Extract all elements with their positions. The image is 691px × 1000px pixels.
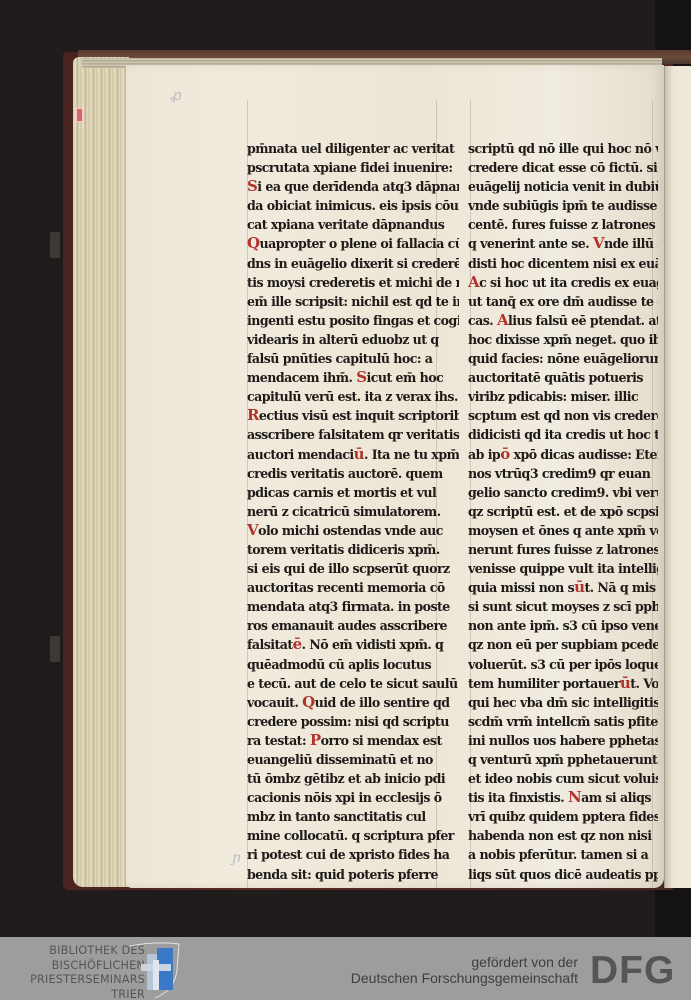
manuscript-line: liqs sūt quos dicē audeatis pphe [468, 865, 658, 884]
rubricated-initial: A [468, 273, 479, 291]
manuscript-line: mendacem ihm̄. Sicut em̄ hoc [247, 368, 459, 387]
rubricated-initial: ū [620, 674, 630, 692]
manuscript-line: Volo michi ostendas vnde auc [247, 521, 459, 540]
manuscript-line: auctori mendaciū. Ita ne tu xpm̄ [247, 445, 459, 464]
manuscript-line: si sunt sicut moyses z scī pphete [468, 597, 658, 616]
manuscript-line: vrī quibz quidem pptera fides [468, 807, 658, 826]
rubricated-initial: ē [293, 635, 302, 653]
manuscript-line: scptum est qd non vis credere. vbi [468, 406, 658, 425]
manuscript-line: centē. fures fuisse z latrones oēs [468, 215, 658, 234]
manuscript-viewer: ꝓ ɲ pm̄nata uel diligenter ac veritatpsc… [0, 0, 691, 937]
manuscript-line: q venerint ante se. Vnde illū au [468, 234, 658, 253]
manuscript-line: da obiciat inimicus. eis ipsis cōui [247, 196, 459, 215]
manuscript-line: cat xpiana veritate dāpnandus [247, 215, 459, 234]
manuscript-line: vnde subiūgis ipm̄ te audisse di [468, 196, 658, 215]
manuscript-line: asscribere falsitatem qr veritatis [247, 425, 459, 444]
manuscript-line: Ac si hoc ut ita credis ex euaglio [468, 273, 658, 292]
manuscript-line: tem humiliter portauerūt. Vos at [468, 674, 658, 693]
page-block-fore-edge [73, 57, 129, 887]
manuscript-line: ri potest cui de xpristo fides ha [247, 845, 459, 864]
manuscript-line: a nobis pferūtur. tamen si a [468, 845, 658, 864]
manuscript-line: qui hec vba dm̄ sic intelligitis [468, 693, 658, 712]
manuscript-line: cacionis nōis xpi in ecclesijs ō [247, 788, 459, 807]
manuscript-line: pm̄nata uel diligenter ac veritat [247, 139, 459, 158]
text-column-left: pm̄nata uel diligenter ac veritatpscruta… [247, 139, 459, 884]
manuscript-line: si eis qui de illo scpserūt quorz [247, 559, 459, 578]
manuscript-line: q venturū xpm̄ pphetauerunt [468, 750, 658, 769]
manuscript-line: torem veritatis didiceris xpm̄. [247, 540, 459, 559]
manuscript-line: Rectius visū est inquit scriptoribus [247, 406, 459, 425]
manuscript-line: auctoritatē quātis potueris [468, 368, 658, 387]
rubricated-initial: R [247, 406, 259, 424]
rubricated-initial: ū [354, 445, 364, 463]
manuscript-line: nos vtrūq3 credim9 qr euan [468, 464, 658, 483]
manuscript-line: qz non eū per supbiam pcedere [468, 635, 658, 654]
rubricated-initial: Q [302, 693, 315, 711]
manuscript-line: credis veritatis auctorē. quem [247, 464, 459, 483]
seminary-cross-logo-icon[interactable] [127, 940, 193, 1000]
pencil-quire-mark: ɲ [232, 850, 241, 866]
manuscript-line: mbz in tanto sanctitatis cul [247, 807, 459, 826]
manuscript-line: nerū z cicatricū simulatorem. [247, 502, 459, 521]
manuscript-line: vocauit. Quid de illo sentire qd [247, 693, 459, 712]
manuscript-line: em̄ ille scripsit: nichil est qd te in [247, 292, 459, 311]
manuscript-line: voluerūt. s3 cū per ipōs loque [468, 655, 658, 674]
manuscript-line: cas. Alius falsū eē ptendat. atq3 [468, 311, 658, 330]
manuscript-line: pscrutata xpiane fidei inuenire: [247, 158, 459, 177]
manuscript-line: mendata atq3 firmata. in poste [247, 597, 459, 616]
manuscript-line: venisse quippe vult ita intellig [468, 559, 658, 578]
rubricated-initial: S [247, 177, 257, 195]
manuscript-line: euāgelij noticia venit in dubiū: [468, 177, 658, 196]
manuscript-line: dns in euāgelio dixerit si crederē [247, 254, 459, 273]
rubricated-initial: V [247, 521, 258, 539]
funding-notice: gefördert von der Deutschen Forschungsge… [300, 954, 578, 986]
manuscript-line: ra testat: Porro si mendax est [247, 731, 459, 750]
funding-line-1: gefördert von der [300, 954, 578, 970]
manuscript-line: habenda non est qz non nisi [468, 826, 658, 845]
manuscript-line: videaris in alterū eduobz ut q [247, 330, 459, 349]
manuscript-line: scriptū qd nō ille qui hoc nō vult [468, 139, 658, 158]
rubricated-initial: P [310, 731, 321, 749]
manuscript-line: Si ea que derīdenda atq3 dāpnan [247, 177, 459, 196]
manuscript-line: ab ipō xpō dicas audisse: Etenī [468, 445, 658, 464]
manuscript-line: quēadmodū cū aplis locutus [247, 655, 459, 674]
manuscript-line: ini nullos uos habere pphetas [468, 731, 658, 750]
manuscript-line: moysen et ōnes q ante xpm̄ ve [468, 521, 658, 540]
manuscript-line: credere possim: nisi qd scriptu [247, 712, 459, 731]
manuscript-line: mine collocatū. q scriptura pfer [247, 826, 459, 845]
manuscript-line: quid facies: nōne euāgeliorum [468, 349, 658, 368]
manuscript-line: disti hoc dicentem nisi ex euāglio: [468, 254, 658, 273]
manuscript-line: tis ita finxistis. Nam si aliqs [468, 788, 658, 807]
manuscript-line: tū ōmbz gētibz et ab inicio pdi [247, 769, 459, 788]
bookmark-tab [76, 108, 83, 122]
manuscript-line: tis moysi crederetis et michi de me [247, 273, 459, 292]
rubricated-initial: S [356, 368, 366, 386]
manuscript-line: pdicas carnis et mortis et vul [247, 483, 459, 502]
clasp-upper [50, 232, 60, 258]
pencil-folio-mark: ꝓ [170, 88, 181, 104]
manuscript-line: didicisti qd ita credis ut hoc te [468, 425, 658, 444]
rubricated-initial: N [568, 788, 581, 806]
manuscript-line: benda sit: quid poteris pferre [247, 865, 459, 884]
manuscript-line: qz scriptū est. et de xpō scpsisse [468, 502, 658, 521]
manuscript-line: ingenti estu posito fingas et cogi [247, 311, 459, 330]
rubricated-initial: V [593, 234, 604, 252]
manuscript-line: falsū pnūties capitulū hoc: a [247, 349, 459, 368]
rubricated-initial: ū [574, 578, 584, 596]
manuscript-line: auctoritas recenti memoria cō [247, 578, 459, 597]
manuscript-line: euangeliū disseminatū et no [247, 750, 459, 769]
manuscript-line: quia missi non sūt. Nā q mis [468, 578, 658, 597]
footer-bar: BIBLIOTHEK DES BISCHÖFLICHEN PRIESTERSEM… [0, 937, 691, 1000]
manuscript-line: non ante ipm̄. s3 cū ipso venerūt. [468, 616, 658, 635]
manuscript-line: gelio sancto credim9. vbi verū [468, 483, 658, 502]
manuscript-line: ros emanauit audes asscribere [247, 616, 459, 635]
rubricated-initial: Q [247, 234, 260, 252]
rubricated-initial: ō [500, 445, 509, 463]
manuscript-line: Quapropter o plene oi fallacia cū [247, 234, 459, 253]
facing-page-edge [664, 66, 691, 888]
clasp-lower [50, 636, 60, 662]
manuscript-line: nerunt fures fuisse z latrones. [468, 540, 658, 559]
manuscript-line: hoc dixisse xpm̄ neget. quo ibis [468, 330, 658, 349]
dfg-logo[interactable]: DFG [590, 955, 675, 987]
manuscript-line: e tecū. aut de celo te sicut saulū [247, 674, 459, 693]
manuscript-line: scdm̄ vrm̄ intellcm̄ satis pfitem [468, 712, 658, 731]
manuscript-line: credere dicat esse cō fictū. si tāta [468, 158, 658, 177]
manuscript-line: falsitatē. Nō em̄ vidisti xpm̄. q [247, 635, 459, 654]
manuscript-line: ut tanq̄ ex ore dm̄ audisse te di [468, 292, 658, 311]
manuscript-line: viribz pdicabis: miser. illic [468, 387, 658, 406]
manuscript-line: et ideo nobis cum sicut voluis [468, 769, 658, 788]
funding-line-2: Deutschen Forschungsgemeinschaft [300, 970, 578, 986]
rubricated-initial: A [497, 311, 508, 329]
manuscript-line: capitulū verū est. ita z verax ihs. [247, 387, 459, 406]
text-column-right: scriptū qd nō ille qui hoc nō vultcreder… [468, 139, 658, 884]
